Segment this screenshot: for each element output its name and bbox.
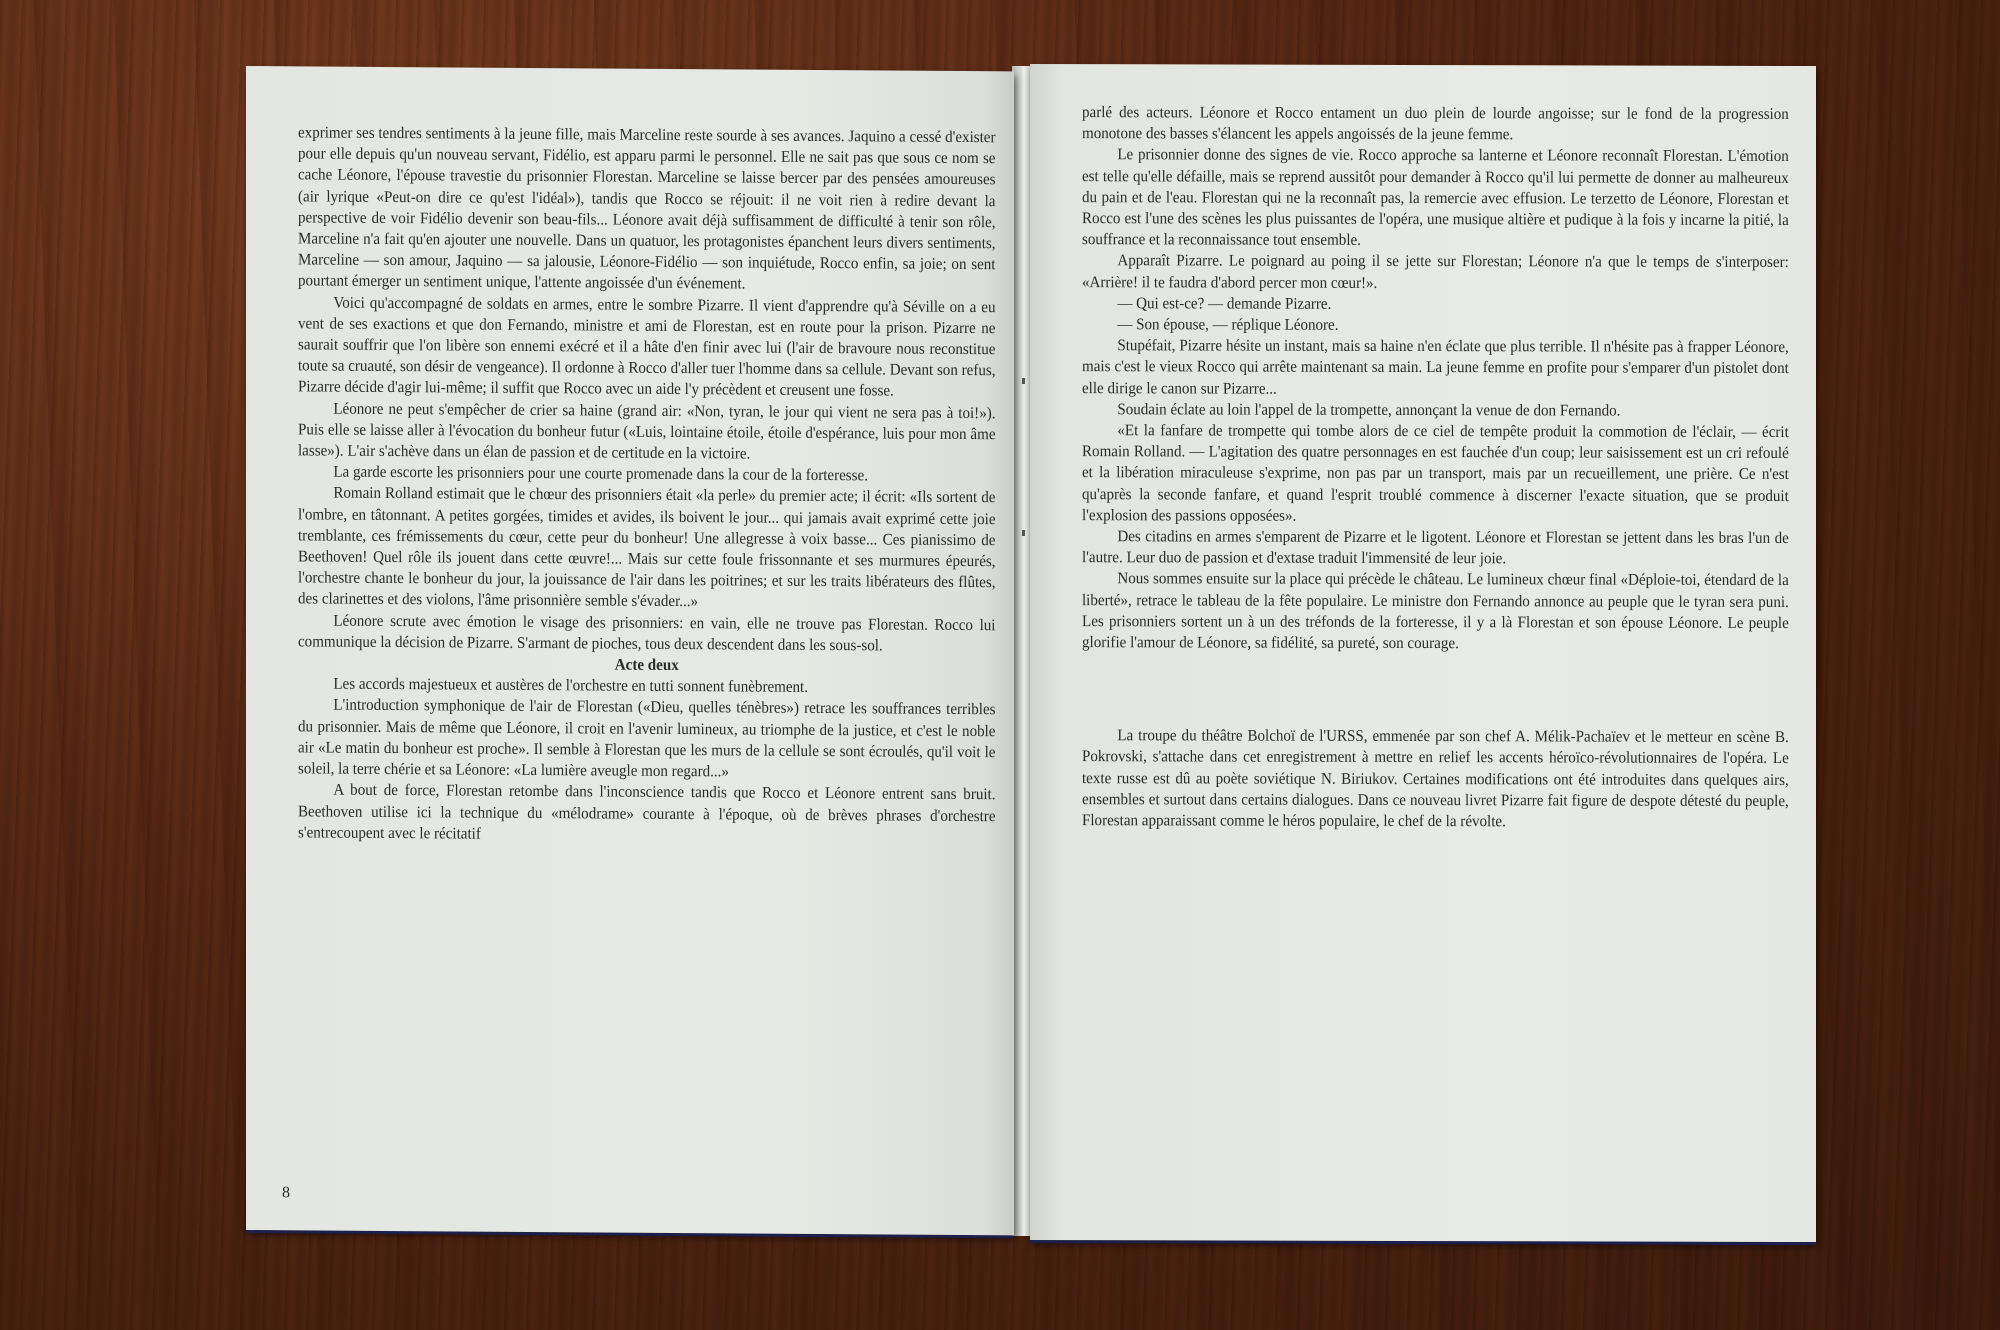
- paragraph: Soudain éclate au loin l'appel de la tro…: [1082, 399, 1789, 422]
- paragraph: Léonore ne peut s'empêcher de crier sa h…: [298, 398, 996, 466]
- paragraph: Des citadins en armes s'emparent de Piza…: [1082, 526, 1789, 570]
- dialogue-line: — Son épouse, — réplique Léonore.: [1082, 314, 1789, 337]
- paragraph: La troupe du théâtre Bolchoï de l'URSS, …: [1082, 725, 1789, 833]
- paragraph: Léonore scrute avec émotion le visage de…: [298, 610, 996, 657]
- left-page-text: exprimer ses tendres sentiments à la jeu…: [298, 122, 996, 848]
- staple: [1022, 378, 1025, 384]
- paragraph: Le prisonnier donne des signes de vie. R…: [1082, 145, 1789, 253]
- page-number: 8: [282, 1184, 290, 1202]
- paragraph: A bout de force, Florestan retombe dans …: [298, 780, 996, 848]
- paragraph: «Et la fanfare de trompette qui tombe al…: [1082, 420, 1789, 528]
- right-page: parlé des acteurs. Léonore et Rocco enta…: [1030, 64, 1816, 1242]
- production-note: La troupe du théâtre Bolchoï de l'URSS, …: [1082, 725, 1789, 833]
- left-page: exprimer ses tendres sentiments à la jeu…: [246, 66, 1014, 1235]
- paragraph: Stupéfait, Pizarre hésite un instant, ma…: [1082, 335, 1789, 400]
- paragraph: Voici qu'accompagné de soldats en armes,…: [298, 292, 996, 403]
- paragraph: L'introduction symphonique de l'air de F…: [298, 695, 996, 785]
- right-page-text: parlé des acteurs. Léonore et Rocco enta…: [1082, 102, 1789, 833]
- paragraph: exprimer ses tendres sentiments à la jeu…: [298, 122, 996, 296]
- paragraph: Nous sommes ensuite sur la place qui pré…: [1082, 569, 1789, 656]
- paragraph: Romain Rolland estimait que le chœur des…: [298, 483, 996, 615]
- paragraph: parlé des acteurs. Léonore et Rocco enta…: [1082, 102, 1789, 146]
- dialogue-line: — Qui est-ce? — demande Pizarre.: [1082, 293, 1789, 316]
- paragraph: Apparaît Pizarre. Le poignard au poing i…: [1082, 251, 1789, 295]
- staple: [1022, 530, 1025, 536]
- booklet-spine: [1012, 66, 1032, 1236]
